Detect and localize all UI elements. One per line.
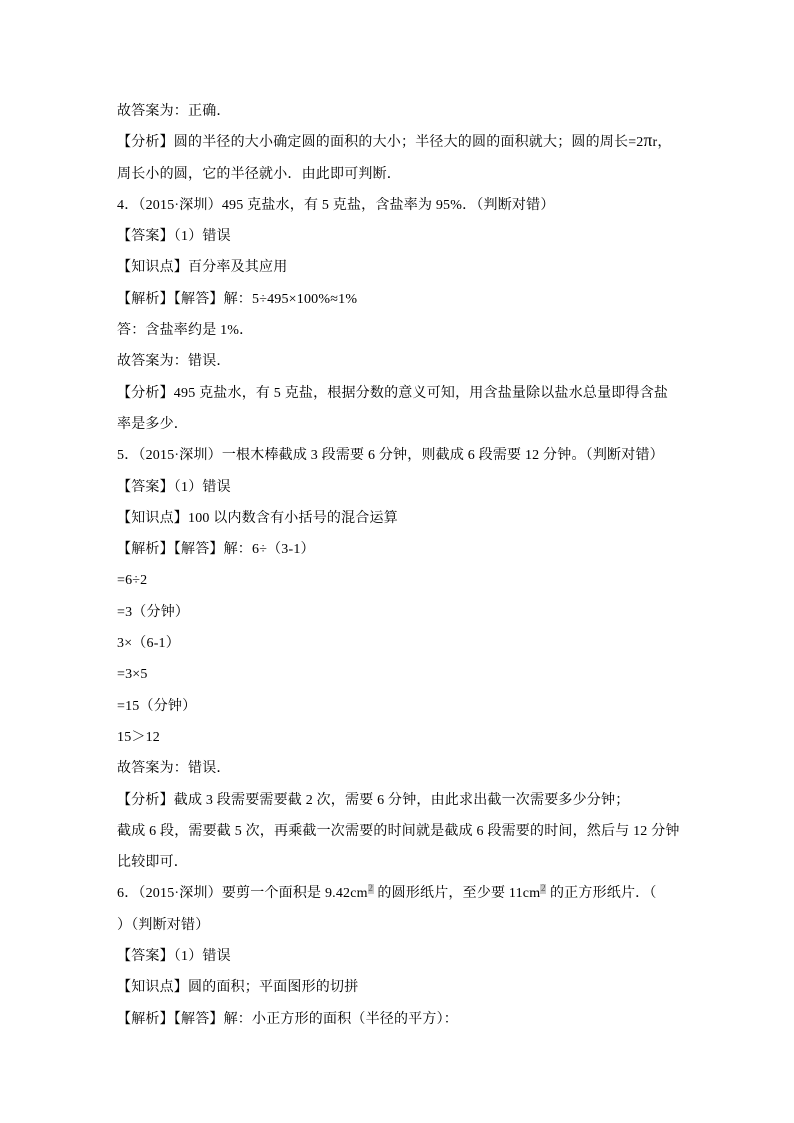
text-run: ）（判断对错） (117, 918, 209, 933)
text-line: 6．（2015·深圳）要剪一个面积是 9.42cm2 的圆形纸片，至少要 11c… (117, 878, 717, 909)
text-run: =6÷2 (117, 573, 147, 588)
text-run: 截成 6 段，需要截 5 次，再乘截一次需要的时间就是截成 6 段需要的时间，然… (117, 824, 680, 839)
text-run: 的圆形纸片，至少要 11cm (374, 886, 541, 901)
text-line: 【解析】【解答】解：5÷495×100%≈1% (117, 284, 717, 315)
text-line: 周长小的圆，它的半径就小．由此即可判断． (117, 159, 717, 190)
text-run: 答：含盐率约是 1%． (117, 323, 253, 338)
text-line: 【分析】截成 3 段需要需要截 2 次，需要 6 分钟，由此求出截一次需要多少分… (117, 785, 717, 816)
text-line: 故答案为：错误． (117, 753, 717, 784)
text-run: 6．（2015·深圳）要剪一个面积是 9.42cm (117, 886, 368, 901)
text-line: 率是多少． (117, 409, 717, 440)
text-run: 比较即可． (117, 855, 188, 870)
text-line: 15＞12 (117, 722, 717, 753)
text-run: 【分析】圆的半径的大小确定圆的面积的大小；半径大的圆的面积就大；圆的周长=2 (117, 135, 644, 150)
text-line: 【答案】（1）错误 (117, 941, 717, 972)
document-body: 故答案为：正确．【分析】圆的半径的大小确定圆的面积的大小；半径大的圆的面积就大；… (117, 96, 717, 1035)
text-line: 【分析】495 克盐水，有 5 克盐，根据分数的意义可知，用含盐量除以盐水总量即… (117, 378, 717, 409)
text-line: =3×5 (117, 659, 717, 690)
text-run: 15＞12 (117, 730, 160, 745)
text-line: 故答案为：正确． (117, 96, 717, 127)
text-line: 【答案】（1）错误 (117, 472, 717, 503)
text-line: 比较即可． (117, 847, 717, 878)
text-run: 周长小的圆，它的半径就小．由此即可判断． (117, 167, 401, 182)
text-line: 【知识点】百分率及其应用 (117, 252, 717, 283)
text-line: 【答案】（1）错误 (117, 221, 717, 252)
text-line: 答：含盐率约是 1%． (117, 315, 717, 346)
pi-symbol: π (644, 130, 653, 150)
text-line: 5．（2015·深圳）一根木棒截成 3 段需要 6 分钟，则截成 6 段需要 1… (117, 440, 717, 471)
text-line: 【知识点】圆的面积；平面图形的切拼 (117, 972, 717, 1003)
text-run: r， (653, 135, 672, 150)
text-run: 3×（6-1） (117, 636, 180, 651)
text-run: 【解析】【解答】解：5÷495×100%≈1% (117, 292, 357, 307)
text-run: 5．（2015·深圳）一根木棒截成 3 段需要 6 分钟，则截成 6 段需要 1… (117, 448, 664, 463)
text-run: 故答案为：错误． (117, 354, 231, 369)
text-run: 【答案】（1）错误 (117, 229, 231, 244)
text-run: =15（分钟） (117, 699, 196, 714)
text-run: 【解析】【解答】解：6÷（3-1） (117, 542, 315, 557)
text-line: 4．（2015·深圳）495 克盐水，有 5 克盐，含盐率为 95%．（判断对错… (117, 190, 717, 221)
text-run: 【知识点】100 以内数含有小括号的混合运算 (117, 511, 398, 526)
text-run: 【答案】（1）错误 (117, 949, 231, 964)
text-line: =15（分钟） (117, 691, 717, 722)
text-run: 【解析】【解答】解：小正方形的面积（半径的平方）： (117, 1012, 458, 1027)
text-run: =3（分钟） (117, 605, 189, 620)
document-page: 故答案为：正确．【分析】圆的半径的大小确定圆的面积的大小；半径大的圆的面积就大；… (0, 0, 794, 1123)
text-run: 率是多少． (117, 417, 188, 432)
text-line: =6÷2 (117, 565, 717, 596)
text-line: 【知识点】100 以内数含有小括号的混合运算 (117, 503, 717, 534)
text-run: 【分析】截成 3 段需要需要截 2 次，需要 6 分钟，由此求出截一次需要多少分… (117, 793, 629, 808)
text-run: 【答案】（1）错误 (117, 480, 231, 495)
text-run: 【分析】495 克盐水，有 5 克盐，根据分数的意义可知，用含盐量除以盐水总量即… (117, 386, 668, 401)
text-run: 【知识点】百分率及其应用 (117, 260, 287, 275)
text-run: 故答案为：错误． (117, 761, 231, 776)
text-line: =3（分钟） (117, 597, 717, 628)
text-line: 3×（6-1） (117, 628, 717, 659)
text-line: 【分析】圆的半径的大小确定圆的面积的大小；半径大的圆的面积就大；圆的周长=2πr… (117, 127, 717, 158)
text-line: 截成 6 段，需要截 5 次，再乘截一次需要的时间就是截成 6 段需要的时间，然… (117, 816, 717, 847)
text-run: =3×5 (117, 667, 148, 682)
text-line: 故答案为：错误． (117, 346, 717, 377)
text-run: 【知识点】圆的面积；平面图形的切拼 (117, 980, 358, 995)
text-line: 【解析】【解答】解：6÷（3-1） (117, 534, 717, 565)
text-run: 故答案为：正确． (117, 104, 231, 119)
text-line: 【解析】【解答】解：小正方形的面积（半径的平方）： (117, 1004, 717, 1035)
text-line: ）（判断对错） (117, 910, 717, 941)
superscript-2: 2 (540, 884, 546, 894)
superscript-2: 2 (368, 884, 374, 894)
text-run: 的正方形纸片．（ (546, 886, 656, 901)
text-run: 4．（2015·深圳）495 克盐水，有 5 克盐，含盐率为 95%．（判断对错… (117, 198, 555, 213)
